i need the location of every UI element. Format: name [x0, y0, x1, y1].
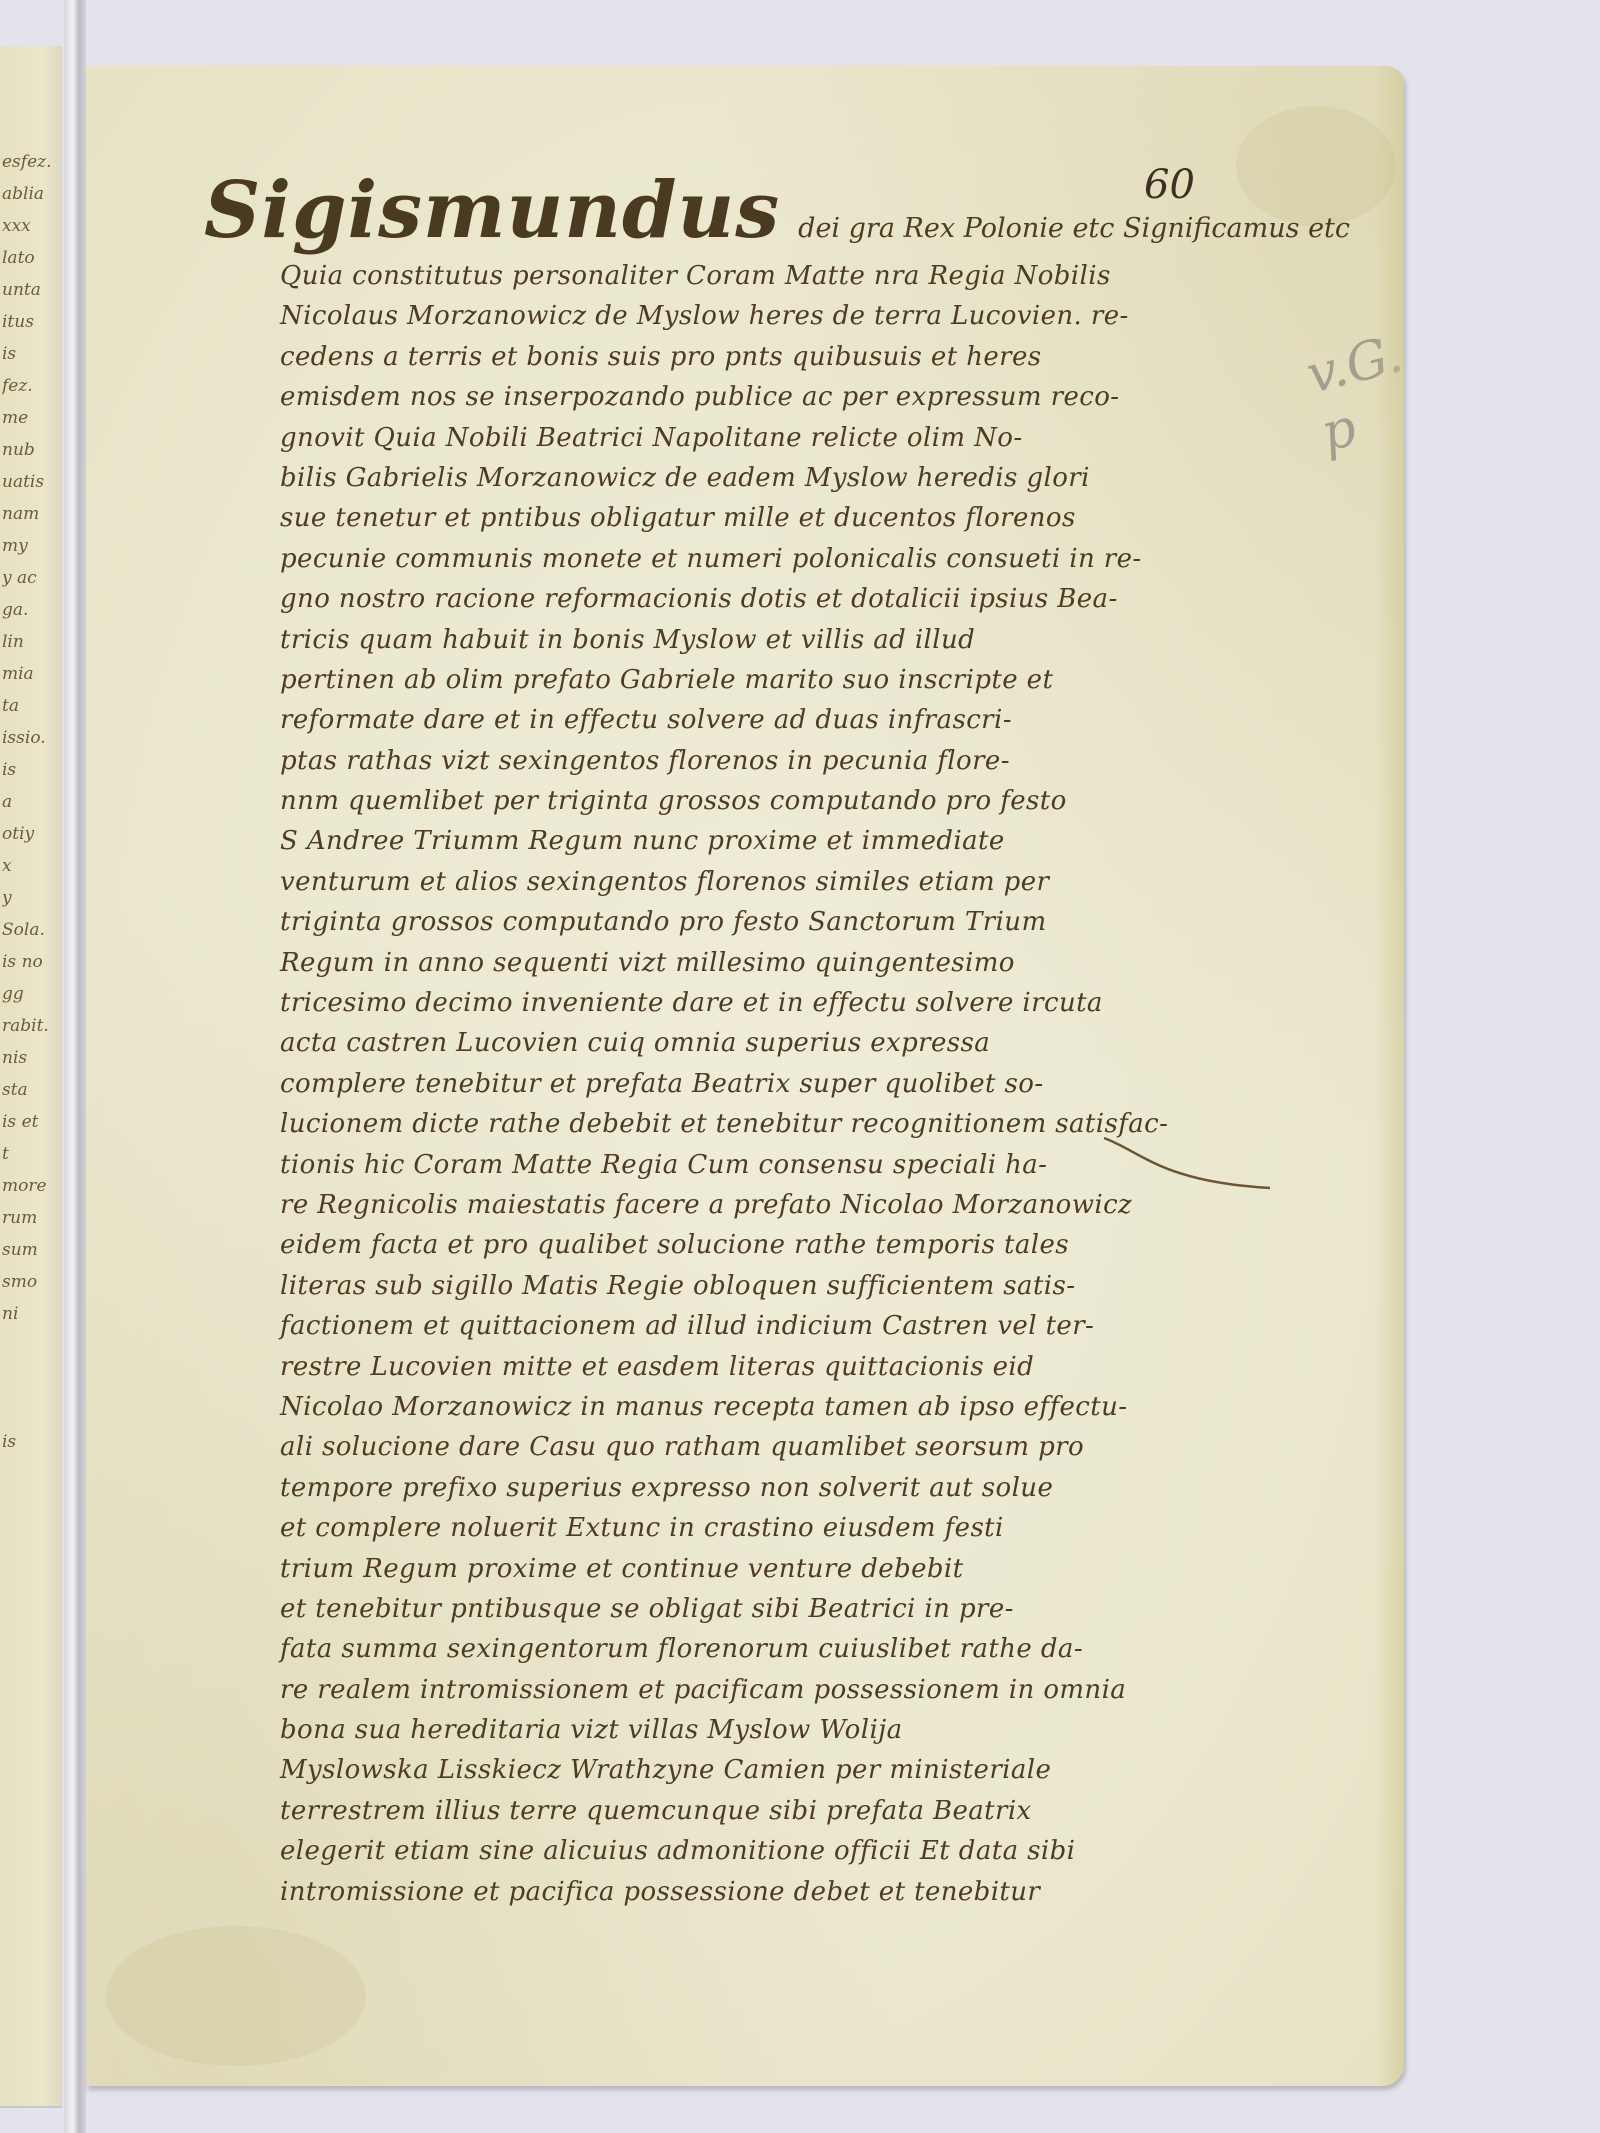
line-fragment	[2, 1394, 60, 1426]
text-line: trium Regum proxime et continue venture …	[198, 1549, 1288, 1589]
charter-text: Sigismundus dei gra Rex Polonie etc Sign…	[198, 146, 1288, 1912]
line-fragment: Sola.	[2, 914, 60, 946]
line-fragment: ni	[2, 1298, 60, 1330]
line-fragment: sta	[2, 1074, 60, 1106]
text-line: tempore prefixo superius expresso non so…	[198, 1468, 1288, 1508]
text-line: ptas rathas vizt sexingentos florenos in…	[198, 741, 1288, 781]
text-line: pertinen ab olim prefato Gabriele marito…	[198, 660, 1288, 700]
text-line: re realem intromissionem et pacificam po…	[198, 1670, 1288, 1710]
line-fragment: ga.	[2, 594, 60, 626]
manuscript-folio: 60 v.G. p Sigismundus dei gra Rex Poloni…	[86, 66, 1404, 2086]
line-fragment: t	[2, 1138, 60, 1170]
text-line: venturum et alios sexingentos florenos s…	[198, 862, 1288, 902]
line-fragment: otiy	[2, 818, 60, 850]
line-fragment: itus	[2, 306, 60, 338]
line-fragment: y ac	[2, 562, 60, 594]
incipit-row: Sigismundus dei gra Rex Polonie etc Sign…	[198, 146, 1288, 276]
line-fragment	[2, 1362, 60, 1394]
text-line: gno nostro racione reformacionis dotis e…	[198, 579, 1288, 619]
line-fragment: nub	[2, 434, 60, 466]
text-line: terrestrem illius terre quemcunque sibi …	[198, 1791, 1288, 1831]
line-fragment: smo	[2, 1266, 60, 1298]
line-fragment: ablia	[2, 178, 60, 210]
line-fragment: lato	[2, 242, 60, 274]
line-fragment: nis	[2, 1042, 60, 1074]
text-lines: Quia constitutus personaliter Coram Matt…	[198, 256, 1288, 1912]
text-line: tionis hic Coram Matte Regia Cum consens…	[198, 1145, 1288, 1185]
text-line: Myslowska Lisskiecz Wrathzyne Camien per…	[198, 1750, 1288, 1790]
text-line: bilis Gabrielis Morzanowicz de eadem Mys…	[198, 458, 1288, 498]
line-fragment: xxx	[2, 210, 60, 242]
text-line: fata summa sexingentorum florenorum cuiu…	[198, 1629, 1288, 1669]
book-gutter	[64, 0, 86, 2133]
line-fragment: unta	[2, 274, 60, 306]
text-line: eidem facta et pro qualibet solucione ra…	[198, 1225, 1288, 1265]
line-fragment: y	[2, 882, 60, 914]
text-line: intromissione et pacifica possessione de…	[198, 1872, 1288, 1912]
previous-page-strip: esfez. ablia xxx lato unta itus is fez. …	[0, 46, 62, 2108]
text-line: cedens a terris et bonis suis pro pnts q…	[198, 337, 1288, 377]
text-line: ali solucione dare Casu quo ratham quaml…	[198, 1427, 1288, 1467]
text-line: acta castren Lucovien cuiq omnia superiu…	[198, 1023, 1288, 1063]
text-line: pecunie communis monete et numeri poloni…	[198, 539, 1288, 579]
text-line: lucionem dicte rathe debebit et tenebitu…	[198, 1104, 1288, 1144]
line-fragment: fez.	[2, 370, 60, 402]
text-line: sue tenetur et pntibus obligatur mille e…	[198, 498, 1288, 538]
text-line: Nicolaus Morzanowicz de Myslow heres de …	[198, 296, 1288, 336]
line-fragment: a	[2, 786, 60, 818]
line-fragment: esfez.	[2, 146, 60, 178]
text-line: elegerit etiam sine alicuius admonitione…	[198, 1831, 1288, 1871]
incipit-continuation: dei gra Rex Polonie etc Significamus etc	[798, 213, 1350, 244]
line-fragment: uatis	[2, 466, 60, 498]
line-fragment: is	[2, 1426, 60, 1458]
line-fragment: more	[2, 1170, 60, 1202]
line-fragment: lin	[2, 626, 60, 658]
line-fragment: rabit.	[2, 1010, 60, 1042]
text-line: factionem et quittacionem ad illud indic…	[198, 1306, 1288, 1346]
parchment-stain	[106, 1926, 366, 2066]
line-fragment: gg	[2, 978, 60, 1010]
text-line: gnovit Quia Nobili Beatrici Napolitane r…	[198, 418, 1288, 458]
line-fragment: rum	[2, 1202, 60, 1234]
line-fragment: me	[2, 402, 60, 434]
text-line: nnm quemlibet per triginta grossos compu…	[198, 781, 1288, 821]
text-line: re Regnicolis maiestatis facere a prefat…	[198, 1185, 1288, 1225]
pencil-margin-note: v.G. p	[1301, 324, 1423, 464]
text-line: S Andree Triumm Regum nunc proxime et im…	[198, 821, 1288, 861]
text-line: triginta grossos computando pro festo Sa…	[198, 902, 1288, 942]
text-line: et complere noluerit Extunc in crastino …	[198, 1508, 1288, 1548]
text-line: tricis quam habuit in bonis Myslow et vi…	[198, 620, 1288, 660]
text-line: literas sub sigillo Matis Regie obloquen…	[198, 1266, 1288, 1306]
line-fragment: ta	[2, 690, 60, 722]
text-line: tricesimo decimo inveniente dare et in e…	[198, 983, 1288, 1023]
text-line: et tenebitur pntibusque se obligat sibi …	[198, 1589, 1288, 1629]
text-line: bona sua hereditaria vizt villas Myslow …	[198, 1710, 1288, 1750]
line-fragment	[2, 1330, 60, 1362]
text-line: emisdem nos se inserpozando publice ac p…	[198, 377, 1288, 417]
line-fragment: is	[2, 338, 60, 370]
line-fragment: sum	[2, 1234, 60, 1266]
line-fragment: my	[2, 530, 60, 562]
text-line: restre Lucovien mitte et easdem literas …	[198, 1347, 1288, 1387]
text-line: reformate dare et in effectu solvere ad …	[198, 700, 1288, 740]
previous-page-line-endings: esfez. ablia xxx lato unta itus is fez. …	[2, 146, 60, 1458]
line-fragment: is	[2, 754, 60, 786]
line-fragment: issio.	[2, 722, 60, 754]
text-line: complere tenebitur et prefata Beatrix su…	[198, 1064, 1288, 1104]
line-fragment: nam	[2, 498, 60, 530]
line-fragment: is no	[2, 946, 60, 978]
line-fragment: mia	[2, 658, 60, 690]
line-fragment: x	[2, 850, 60, 882]
text-line: Regum in anno sequenti vizt millesimo qu…	[198, 943, 1288, 983]
incipit-sigismundus: Sigismundus	[204, 146, 780, 276]
text-line: Nicolao Morzanowicz in manus recepta tam…	[198, 1387, 1288, 1427]
line-fragment: is et	[2, 1106, 60, 1138]
